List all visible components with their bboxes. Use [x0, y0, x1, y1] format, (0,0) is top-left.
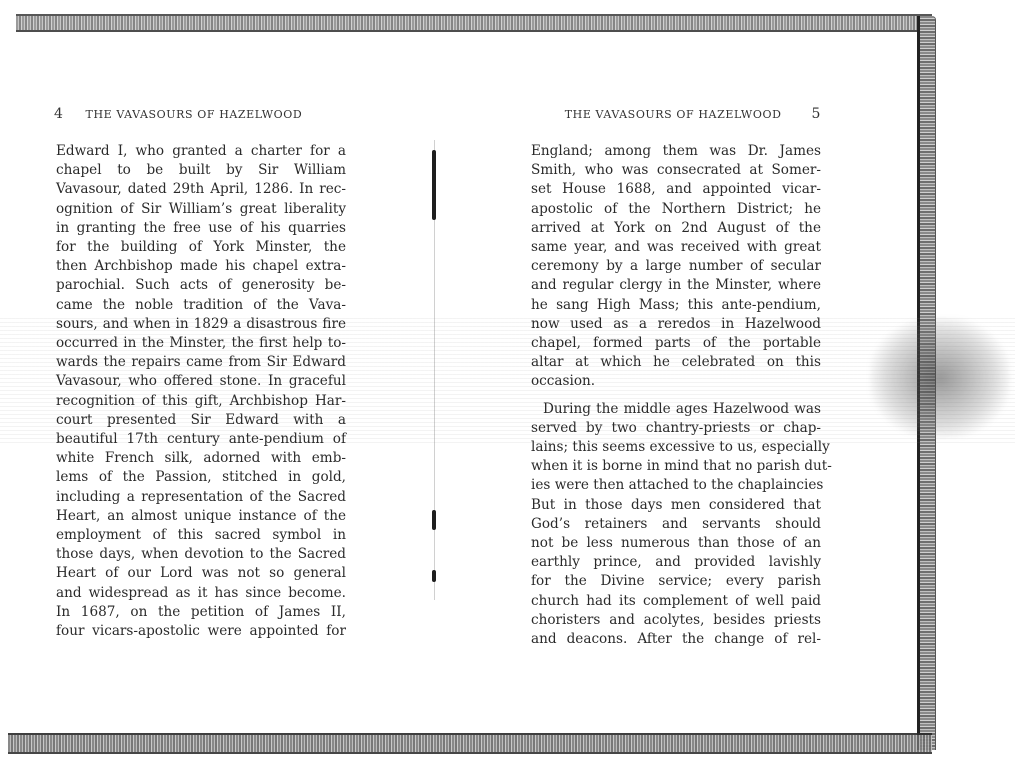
text-line: In 1687, on the petition of James II,: [56, 603, 346, 622]
scan-edge-bottom: [8, 733, 932, 754]
text-line: God’s retainers and servants should: [531, 515, 821, 534]
binding-thread-mark: [432, 570, 436, 582]
text-line: church had its complement of well paid: [531, 592, 821, 611]
binding-thread-mark: [432, 510, 436, 530]
left-running-head: 4 THE VAVASOURS OF HAZELWOOD: [56, 106, 346, 128]
right-page: THE VAVASOURS OF HAZELWOOD 5 England; am…: [531, 106, 821, 649]
text-line: wards the repairs came from Sir Edward: [56, 353, 346, 372]
text-line: ies were then attached to the chaplainci…: [531, 476, 821, 495]
running-head-title: THE VAVASOURS OF HAZELWOOD: [86, 108, 303, 121]
page-number: 4: [54, 106, 64, 122]
text-line: During the middle ages Hazelwood was: [531, 400, 821, 419]
text-line: altar at which he celebrated on this: [531, 353, 821, 372]
text-line: Vavasour, who offered stone. In graceful: [56, 372, 346, 391]
text-line: lains; this seems excessive to us, espec…: [531, 438, 821, 457]
text-line: arrived at York on 2nd August of the: [531, 219, 821, 238]
text-line: and widespread as it has since become.: [56, 584, 346, 603]
right-page-body: England; among them was Dr. James Smith,…: [531, 142, 821, 649]
text-line: choristers and acolytes, besides priests: [531, 611, 821, 630]
paragraph-2: During the middle ages Hazelwood was ser…: [531, 400, 821, 650]
left-page-body: Edward I, who granted a charter for a ch…: [56, 142, 346, 641]
text-line: court presented Sir Edward with a: [56, 411, 346, 430]
text-line: then Archbishop made his chapel extra-: [56, 257, 346, 276]
text-line: same year, and was received with great: [531, 238, 821, 257]
text-line: and regular clergy in the Minster, where: [531, 276, 821, 295]
text-line: ognition of Sir William’s great liberali…: [56, 200, 346, 219]
text-line: set House 1688, and appointed vicar-: [531, 180, 821, 199]
scan-smudge-artifact: [870, 318, 1010, 438]
text-line: Vavasour, dated 29th April, 1286. In rec…: [56, 180, 346, 199]
text-line: chapel, formed parts of the portable: [531, 334, 821, 353]
text-line: Heart, an almost unique instance of the: [56, 507, 346, 526]
scan-edge-top: [16, 14, 932, 32]
text-line: occasion.: [531, 372, 821, 391]
text-line: Smith, who was consecrated at Somer-: [531, 161, 821, 180]
text-line: he sang High Mass; this ante-pendium,: [531, 296, 821, 315]
text-line: Edward I, who granted a charter for a: [56, 142, 346, 161]
binding-thread-mark: [432, 150, 436, 220]
text-line: white French silk, adorned with emb-: [56, 449, 346, 468]
text-line: came the noble tradition of the Vava-: [56, 296, 346, 315]
text-line: not be less numerous than those of an: [531, 534, 821, 553]
text-line: for the Divine service; every parish: [531, 572, 821, 591]
text-line: apostolic of the Northern District; he: [531, 200, 821, 219]
text-line: ceremony by a large number of secular: [531, 257, 821, 276]
text-line: sours, and when in 1829 a disastrous fir…: [56, 315, 346, 334]
paragraph-1: England; among them was Dr. James Smith,…: [531, 142, 821, 392]
paragraph-spacing: [531, 392, 821, 400]
text-line: those days, when devotion to the Sacred: [56, 545, 346, 564]
text-line: earthly prince, and provided lavishly: [531, 553, 821, 572]
text-line: parochial. Such acts of generosity be-: [56, 276, 346, 295]
text-line: recognition of this gift, Archbishop Har…: [56, 392, 346, 411]
text-line: But in those days men considered that: [531, 496, 821, 515]
text-line: including a representation of the Sacred: [56, 488, 346, 507]
text-line: served by two chantry-priests or chap-: [531, 419, 821, 438]
text-line: for the building of York Minster, the: [56, 238, 346, 257]
text-line: and deacons. After the change of rel-: [531, 630, 821, 649]
text-line: when it is borne in mind that no parish …: [531, 457, 821, 476]
text-line: chapel to be built by Sir William: [56, 161, 346, 180]
right-running-head: THE VAVASOURS OF HAZELWOOD 5: [531, 106, 821, 128]
text-line: four vicars-apostolic were appointed for: [56, 622, 346, 641]
left-page: 4 THE VAVASOURS OF HAZELWOOD Edward I, w…: [56, 106, 346, 641]
page-number: 5: [811, 106, 821, 122]
text-line: England; among them was Dr. James: [531, 142, 821, 161]
text-line: beautiful 17th century ante-pendium of: [56, 430, 346, 449]
text-line: in granting the free use of his quarries: [56, 219, 346, 238]
text-line: lems of the Passion, stitched in gold,: [56, 468, 346, 487]
running-head-title: THE VAVASOURS OF HAZELWOOD: [565, 108, 782, 121]
text-line: occurred in the Minster, the first help …: [56, 334, 346, 353]
text-line: Heart of our Lord was not so general: [56, 564, 346, 583]
text-line: now used as a reredos in Hazelwood: [531, 315, 821, 334]
text-line: employment of this sacred symbol in: [56, 526, 346, 545]
